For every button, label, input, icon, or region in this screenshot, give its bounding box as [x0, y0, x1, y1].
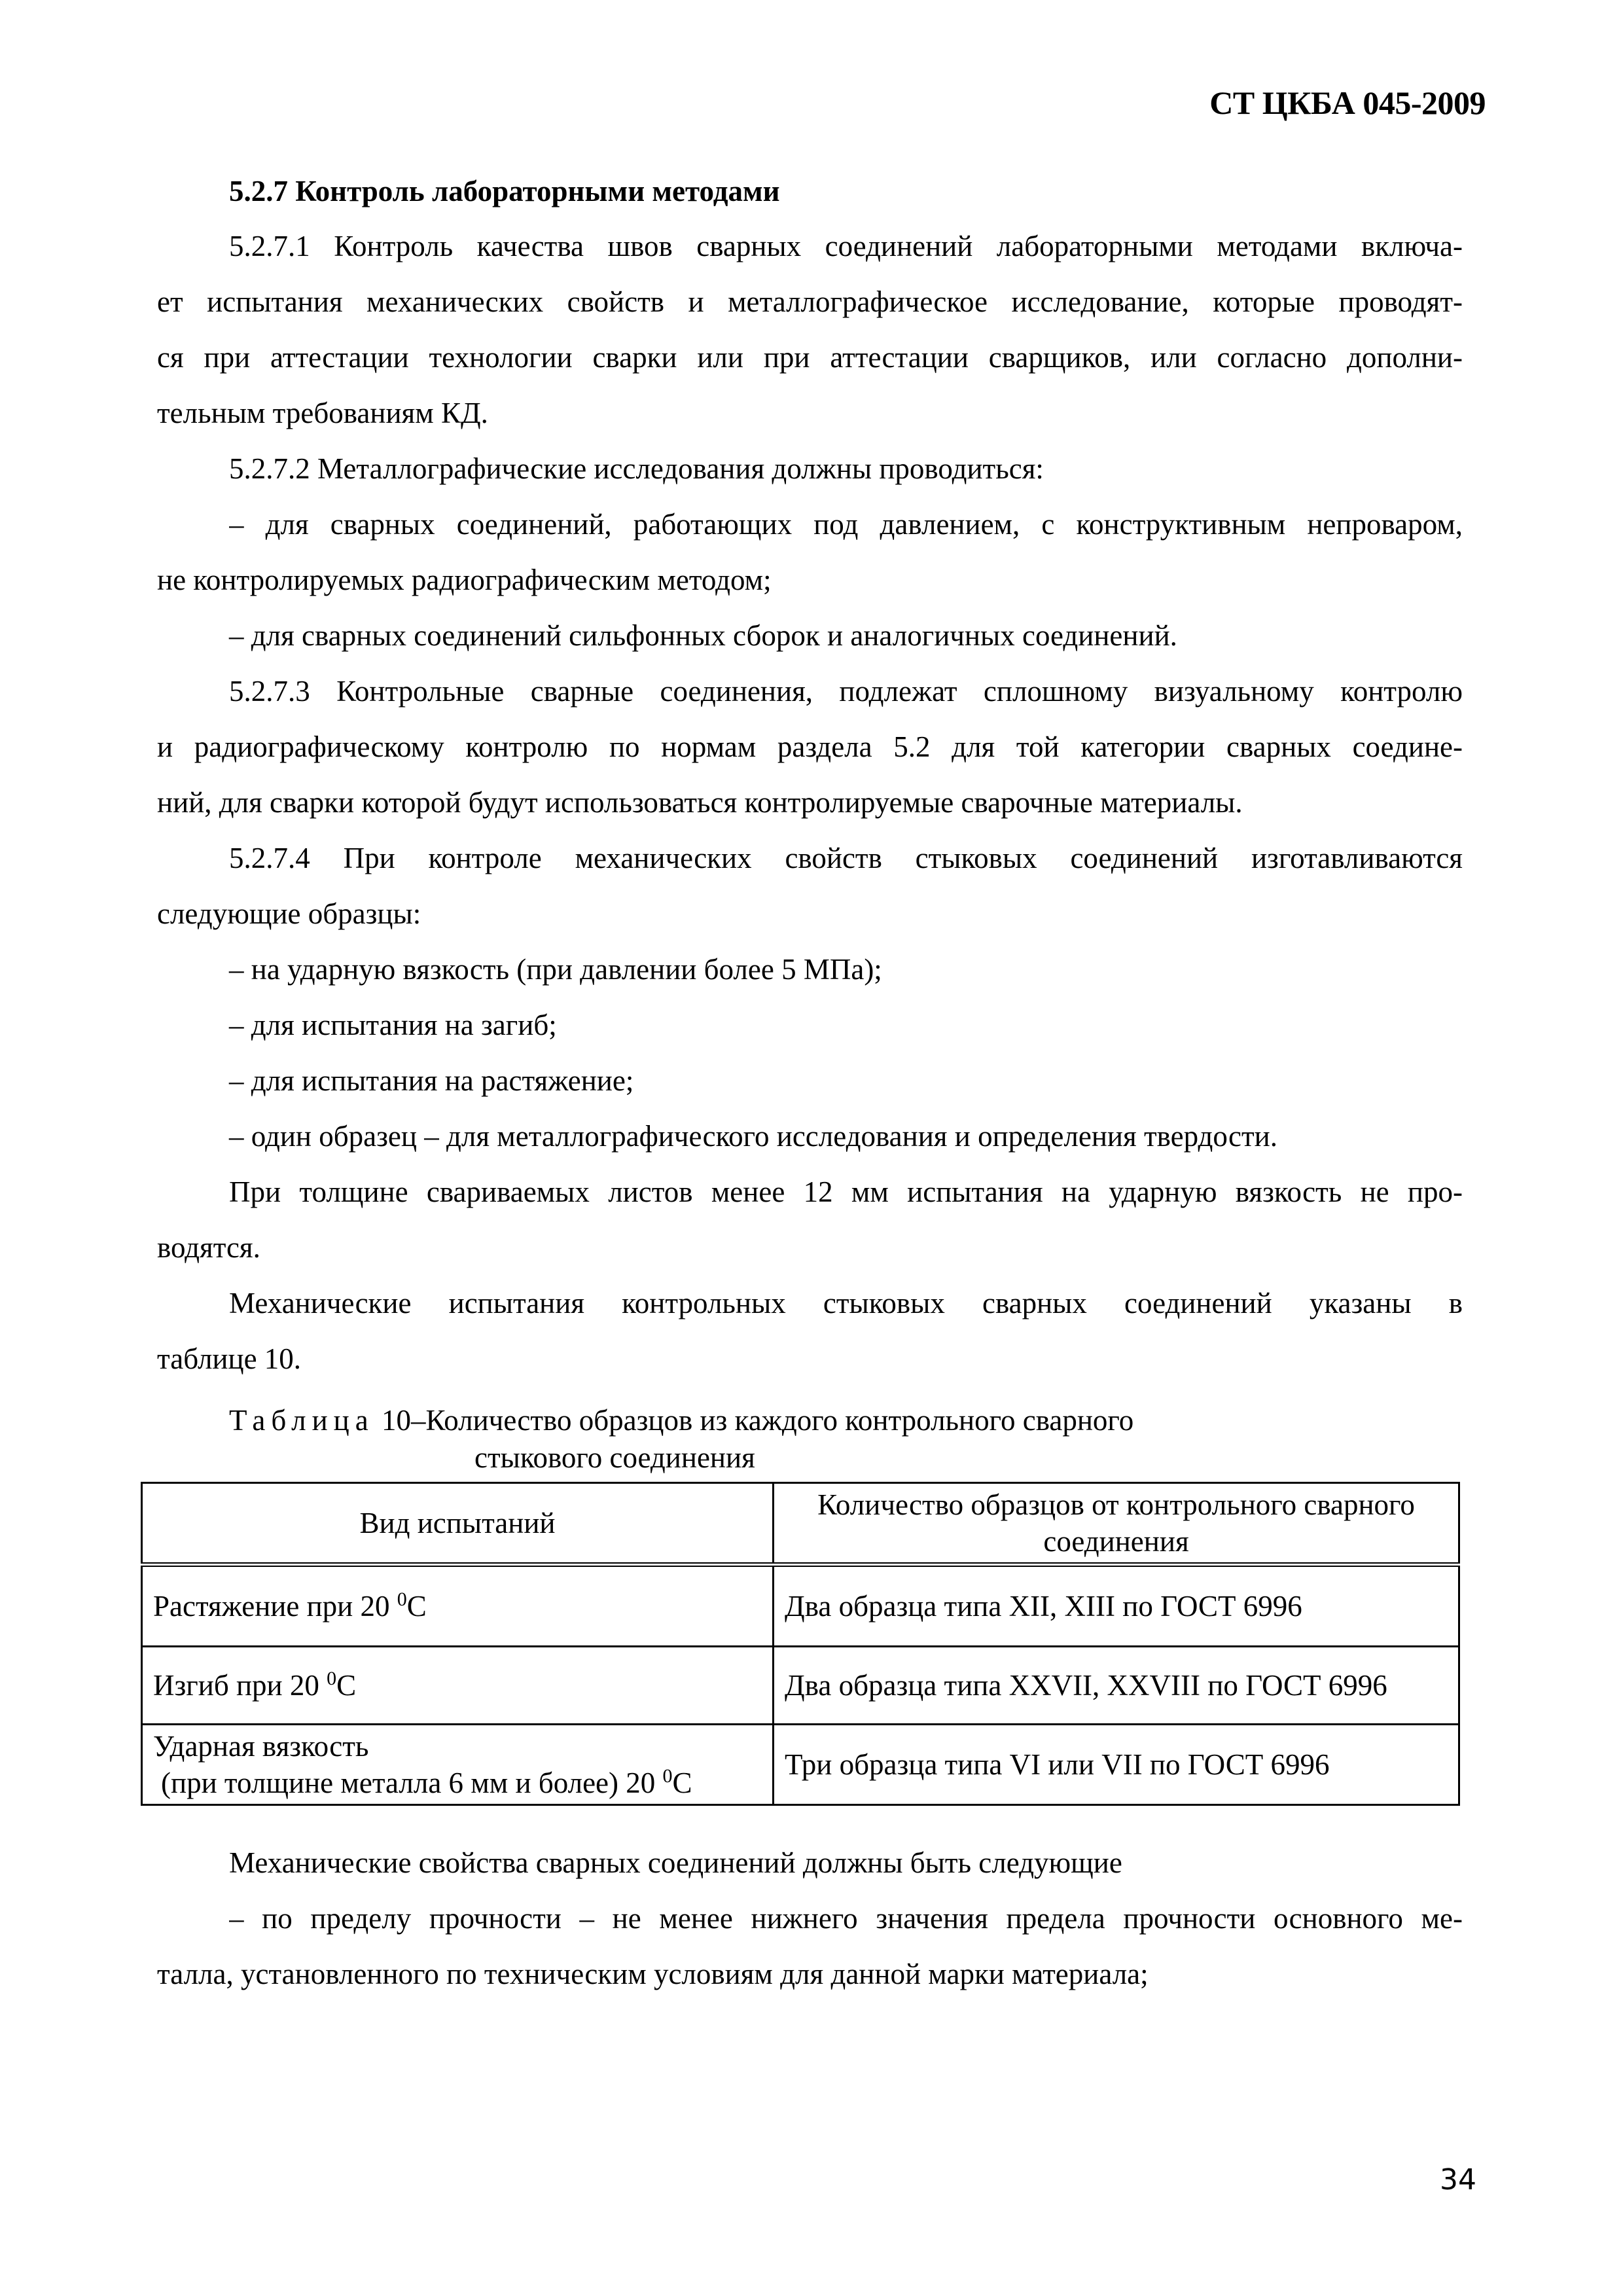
- cell-test-type: Растяжение при 20 0С: [142, 1565, 774, 1647]
- paragraph-line: 5.2.7.2 Металлографические исследования …: [229, 449, 1463, 488]
- list-item: – на ударную вязкость (при давлении боле…: [229, 950, 1463, 989]
- page-number: 34: [1440, 2163, 1476, 2197]
- paragraph-line: 5.2.7.3 Контрольные сварные соединения, …: [229, 672, 1463, 711]
- paragraph-line: таблице 10.: [157, 1339, 1463, 1378]
- table-row: Ударная вязкость(при толщине металла 6 м…: [142, 1725, 1459, 1805]
- section-heading: 5.2.7 Контроль лабораторными методами: [229, 171, 1463, 211]
- test-name: Растяжение при 20: [153, 1590, 390, 1623]
- specimen-table: Вид испытаний Количество образцов от кон…: [141, 1482, 1460, 1806]
- table-header-row: Вид испытаний Количество образцов от кон…: [142, 1483, 1459, 1565]
- table-caption-dash: –: [411, 1404, 426, 1437]
- test-name: Изгиб при 20: [153, 1669, 319, 1702]
- degree-mark: 0: [327, 1668, 336, 1689]
- paragraph-line: тельным требованиям КД.: [157, 393, 1463, 433]
- paragraph-line: Механические свойства сварных соединений…: [229, 1843, 1463, 1882]
- table-caption-line2: стыкового соединения: [474, 1438, 755, 1477]
- table-caption: Таблица 10–Количество образцов из каждог…: [229, 1401, 1133, 1440]
- column-header-sample-count: Количество образцов от контрольного свар…: [774, 1483, 1459, 1565]
- column-header-test-type: Вид испытаний: [142, 1483, 774, 1565]
- list-item: – для испытания на растяжение;: [229, 1061, 1463, 1100]
- table-caption-label: Таблица: [229, 1404, 374, 1437]
- table-row: Изгиб при 20 0С Два образца типа XXVII, …: [142, 1647, 1459, 1725]
- table-caption-title: Количество образцов из каждого контрольн…: [425, 1404, 1133, 1437]
- degree-mark: 0: [397, 1588, 407, 1610]
- table-caption-number: 10: [382, 1404, 411, 1437]
- list-item: – для испытания на загиб;: [229, 1005, 1463, 1045]
- list-item: – один образец – для металлографического…: [229, 1117, 1463, 1156]
- temperature-unit: С: [407, 1590, 427, 1623]
- paragraph-line: ний, для сварки которой будут использова…: [157, 783, 1463, 822]
- list-item: – для сварных соединений, работающих под…: [229, 505, 1463, 544]
- paragraph-line: водятся.: [157, 1228, 1463, 1267]
- paragraph-line: Механические испытания контрольных стыко…: [229, 1283, 1463, 1323]
- temperature-unit: С: [336, 1669, 356, 1702]
- cell-test-type: Изгиб при 20 0С: [142, 1647, 774, 1725]
- temperature-unit: С: [673, 1767, 692, 1799]
- paragraph-line: ся при аттестации технологии сварки или …: [157, 338, 1463, 377]
- paragraph-line: следующие образцы:: [157, 894, 1463, 933]
- paragraph-line: и радиографическому контролю по нормам р…: [157, 727, 1463, 766]
- list-item-continuation: не контролируемых радиографическим метод…: [157, 560, 1463, 600]
- cell-sample-count: Два образца типа XXVII, XXVIII по ГОСТ 6…: [774, 1647, 1459, 1725]
- paragraph-line: При толщине свариваемых листов менее 12 …: [229, 1172, 1463, 1211]
- cell-sample-count: Три образца типа VI или VII по ГОСТ 6996: [774, 1725, 1459, 1805]
- document-code: СТ ЦКБА 045-2009: [1165, 84, 1486, 122]
- test-name: Ударная вязкость: [153, 1728, 762, 1765]
- paragraph-line: 5.2.7.1 Контроль качества швов сварных с…: [229, 226, 1463, 266]
- test-condition: (при толщине металла 6 мм и более) 20: [161, 1767, 655, 1799]
- paragraph-line: ет испытания механических свойств и мета…: [157, 282, 1463, 321]
- degree-mark: 0: [663, 1765, 673, 1787]
- list-item-continuation: талла, установленного по техническим усл…: [157, 1954, 1463, 1994]
- list-item: – по пределу прочности – не менее нижнег…: [229, 1899, 1463, 1938]
- cell-sample-count: Два образца типа XII, XIII по ГОСТ 6996: [774, 1565, 1459, 1647]
- list-item: – для сварных соединений сильфонных сбор…: [229, 616, 1463, 655]
- paragraph-line: 5.2.7.4 При контроле механических свойст…: [229, 838, 1463, 878]
- table-row: Растяжение при 20 0С Два образца типа XI…: [142, 1565, 1459, 1647]
- cell-test-type: Ударная вязкость(при толщине металла 6 м…: [142, 1725, 774, 1805]
